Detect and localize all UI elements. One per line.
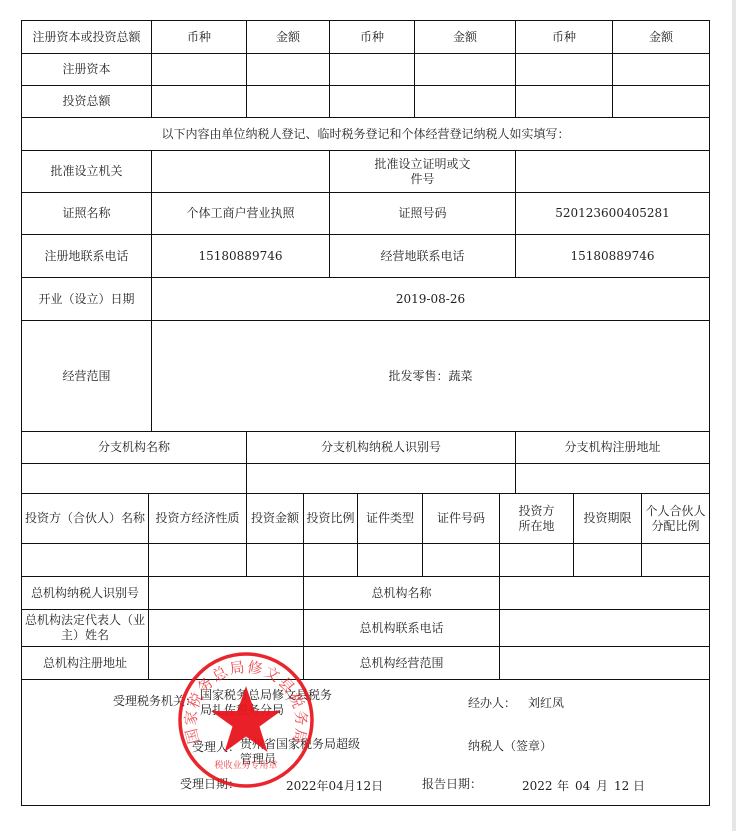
branch-name-header: 分支机构名称 [21,431,247,464]
capital-col-amount-2: 金额 [414,20,516,54]
registered-capital-label: 注册资本 [21,53,152,86]
id-number-header: 证件号码 [422,493,500,544]
license-no-value[interactable]: 520123600405281 [515,192,710,235]
registered-capital-amount-1[interactable] [246,53,330,86]
taxpayer-sign-label: 纳税人（签章） [468,739,552,754]
capital-header-label: 注册资本或投资总额 [21,20,152,54]
registered-capital-currency-1[interactable] [151,53,247,86]
investor-name-header: 投资方（合伙人）名称 [21,493,149,544]
handler-value: 刘红凤 [528,696,564,711]
handler-label: 经办人： [468,696,516,711]
approval-authority-value[interactable] [151,150,330,193]
partner-ratio-line1: 个人合伙人 [645,504,705,519]
registered-capital-currency-2[interactable] [329,53,415,86]
ho-legal-rep-label: 总机构法定代表人（业 主）姓名 [21,609,149,647]
investor-nature-header: 投资方经济性质 [148,493,247,544]
approval-doc-label-line1: 批准设立证明或文 [374,157,470,172]
partner-ratio-line2: 分配比例 [651,519,699,534]
ho-name-value[interactable] [499,576,710,610]
total-investment-amount-3[interactable] [612,85,710,118]
investor-location-line1: 投资方 [518,504,554,519]
report-year-unit: 年 [557,779,569,794]
receiver-value-line1: 贵州省国家税务局超级 [240,737,360,752]
authority-value-line2: 局扎佐税务分局 [200,703,284,718]
ho-legal-rep-label-line1: 总机构法定代表人（业 [25,613,145,628]
business-scope-value[interactable]: 批发零售：蔬菜 [151,320,710,432]
capital-col-amount-1: 金额 [246,20,330,54]
total-investment-currency-3[interactable] [515,85,613,118]
id-type-cell[interactable] [357,543,423,577]
biz-phone-value[interactable]: 15180889746 [515,234,710,278]
ho-phone-label: 总机构联系电话 [303,609,500,647]
total-investment-label: 投资总额 [21,85,152,118]
registered-capital-currency-3[interactable] [515,53,613,86]
receiver-value-line2: 管理员 [240,752,276,767]
report-month: 04 [575,779,590,794]
accept-date-value: 2022年04月12日 [286,779,383,794]
investor-location-cell[interactable] [499,543,574,577]
investment-amount-cell[interactable] [246,543,304,577]
report-year: 2022 [522,779,553,794]
biz-phone-label: 经营地联系电话 [329,234,516,278]
branch-address-value[interactable] [515,463,710,494]
investor-location-header: 投资方 所在地 [499,493,574,544]
branch-taxpayer-id-header: 分支机构纳税人识别号 [246,431,516,464]
report-month-unit: 月 [596,779,608,794]
partner-ratio-cell[interactable] [641,543,710,577]
total-investment-currency-1[interactable] [151,85,247,118]
license-name-value[interactable]: 个体工商户营业执照 [151,192,330,235]
authority-value-line1: 国家税务总局修文县税务 [200,688,332,703]
scrollbar-track[interactable] [732,0,736,831]
accept-date-label: 受理日期： [180,777,240,792]
ho-taxpayer-id-label: 总机构纳税人识别号 [21,576,149,610]
branch-taxpayer-id-value[interactable] [246,463,516,494]
ho-legal-rep-value[interactable] [148,609,304,647]
approval-doc-label: 批准设立证明或文 件号 [329,150,516,193]
open-date-label: 开业（设立）日期 [21,277,152,321]
total-investment-currency-2[interactable] [329,85,415,118]
capital-col-currency-1: 币种 [151,20,247,54]
ho-legal-rep-label-line2: 主）姓名 [61,628,109,643]
id-number-cell[interactable] [422,543,500,577]
total-investment-amount-2[interactable] [414,85,516,118]
investment-term-header: 投资期限 [573,493,642,544]
investor-name-cell[interactable] [21,543,149,577]
approval-doc-label-line2: 件号 [410,172,434,187]
ho-phone-value[interactable] [499,609,710,647]
open-date-value[interactable]: 2019-08-26 [151,277,710,321]
license-name-label: 证照名称 [21,192,152,235]
ho-address-value[interactable] [148,646,304,680]
id-type-header: 证件类型 [357,493,423,544]
ho-scope-value[interactable] [499,646,710,680]
ho-address-label: 总机构注册地址 [21,646,149,680]
report-day-unit: 日 [633,779,645,794]
notice-text: 以下内容由单位纳税人登记、临时税务登记和个体经营登记纳税人如实填写： [21,117,710,151]
ho-scope-label: 总机构经营范围 [303,646,500,680]
registered-capital-amount-2[interactable] [414,53,516,86]
authority-label: 受理税务机关： [113,694,197,709]
registered-capital-amount-3[interactable] [612,53,710,86]
approval-doc-value[interactable] [515,150,710,193]
reg-phone-value[interactable]: 15180889746 [151,234,330,278]
investment-ratio-header: 投资比例 [303,493,358,544]
investor-nature-cell[interactable] [148,543,247,577]
approval-authority-label: 批准设立机关 [21,150,152,193]
branch-address-header: 分支机构注册地址 [515,431,710,464]
report-day: 12 [614,779,629,794]
investment-term-cell[interactable] [573,543,642,577]
capital-col-amount-3: 金额 [612,20,710,54]
branch-name-value[interactable] [21,463,247,494]
ho-taxpayer-id-value[interactable] [148,576,304,610]
investment-amount-header: 投资金额 [246,493,304,544]
report-date-label: 报告日期： [422,777,482,792]
receiver-label: 受理人： [192,740,240,755]
investment-ratio-cell[interactable] [303,543,358,577]
capital-col-currency-2: 币种 [329,20,415,54]
investor-location-line2: 所在地 [518,519,554,534]
ho-name-label: 总机构名称 [303,576,500,610]
business-scope-label: 经营范围 [21,320,152,432]
partner-ratio-header: 个人合伙人 分配比例 [641,493,710,544]
reg-phone-label: 注册地联系电话 [21,234,152,278]
capital-col-currency-3: 币种 [515,20,613,54]
license-no-label: 证照号码 [329,192,516,235]
total-investment-amount-1[interactable] [246,85,330,118]
